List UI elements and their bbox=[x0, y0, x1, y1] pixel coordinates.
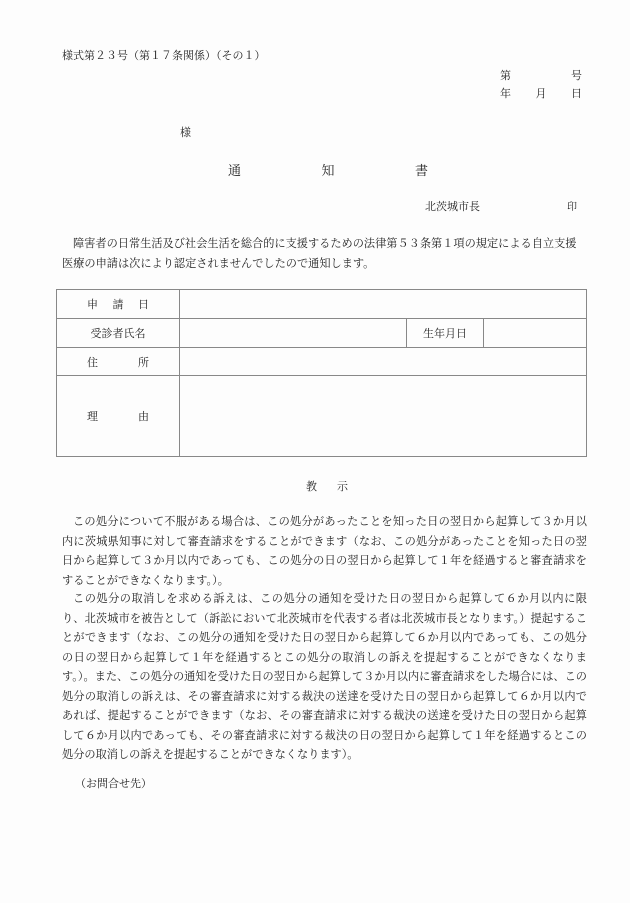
date-day: 日 bbox=[571, 85, 582, 103]
label-reason: 理 由 bbox=[57, 376, 180, 457]
contact-label: （お問合せ先） bbox=[75, 775, 152, 791]
form-number: 様式第２３号（第１７条関係）（その１） bbox=[62, 47, 266, 63]
value-reason[interactable] bbox=[180, 376, 587, 457]
label-patient-name: 受診者氏名 bbox=[57, 319, 180, 348]
doc-number-prefix: 第 bbox=[500, 67, 511, 85]
document-date: 年 月 日 bbox=[500, 85, 582, 103]
issuer-name: 北茨城市長 bbox=[425, 198, 480, 214]
instructions-title: 教 示 bbox=[306, 478, 348, 494]
instructions-paragraph-lawsuit: この処分の取消しを求める訴えは、この処分の通知を受けた日の翌日から起算して６か月… bbox=[62, 589, 587, 765]
value-application-date[interactable] bbox=[180, 290, 587, 319]
issuer: 北茨城市長 印 bbox=[425, 198, 577, 214]
row-application-date: 申 請 日 bbox=[57, 290, 587, 319]
label-char: 請 bbox=[113, 296, 124, 312]
value-birth-date[interactable] bbox=[484, 319, 587, 348]
row-reason: 理 由 bbox=[57, 376, 587, 457]
label-char: 所 bbox=[138, 354, 149, 370]
label-char: 日 bbox=[138, 296, 149, 312]
date-year: 年 bbox=[500, 85, 511, 103]
document-number: 第 号 bbox=[500, 67, 582, 85]
label-address: 住 所 bbox=[57, 348, 180, 376]
label-char: 申 bbox=[87, 296, 98, 312]
document-title: 通 知 書 bbox=[228, 160, 428, 179]
document-number-date: 第 号 年 月 日 bbox=[500, 67, 582, 103]
date-month: 月 bbox=[536, 85, 547, 103]
seal-mark: 印 bbox=[567, 198, 577, 214]
value-address[interactable] bbox=[180, 348, 587, 376]
doc-number-suffix: 号 bbox=[571, 67, 582, 85]
value-patient-name[interactable] bbox=[180, 319, 407, 348]
title-char: 知 bbox=[321, 160, 334, 179]
label-char: 由 bbox=[138, 408, 149, 424]
title-char: 通 bbox=[228, 160, 241, 179]
row-address: 住 所 bbox=[57, 348, 587, 376]
row-patient-name: 受診者氏名 生年月日 bbox=[57, 319, 587, 348]
title-char: 教 bbox=[306, 478, 317, 494]
label-application-date: 申 請 日 bbox=[57, 290, 180, 319]
addressee: 様 bbox=[180, 124, 191, 140]
title-char: 示 bbox=[337, 478, 348, 494]
intro-paragraph: 障害者の日常生活及び社会生活を総合的に支援するための法律第５３条第１項の規定によ… bbox=[62, 234, 587, 273]
label-birth-date: 生年月日 bbox=[407, 319, 484, 348]
label-char: 住 bbox=[87, 354, 98, 370]
title-char: 書 bbox=[415, 160, 428, 179]
label-char: 理 bbox=[87, 408, 98, 424]
notice-form-table: 申 請 日 受診者氏名 生年月日 住 所 理 由 bbox=[56, 289, 587, 457]
instructions-paragraph-appeal: この処分について不服がある場合は、この処分があったことを知った日の翌日から起算し… bbox=[62, 512, 587, 590]
